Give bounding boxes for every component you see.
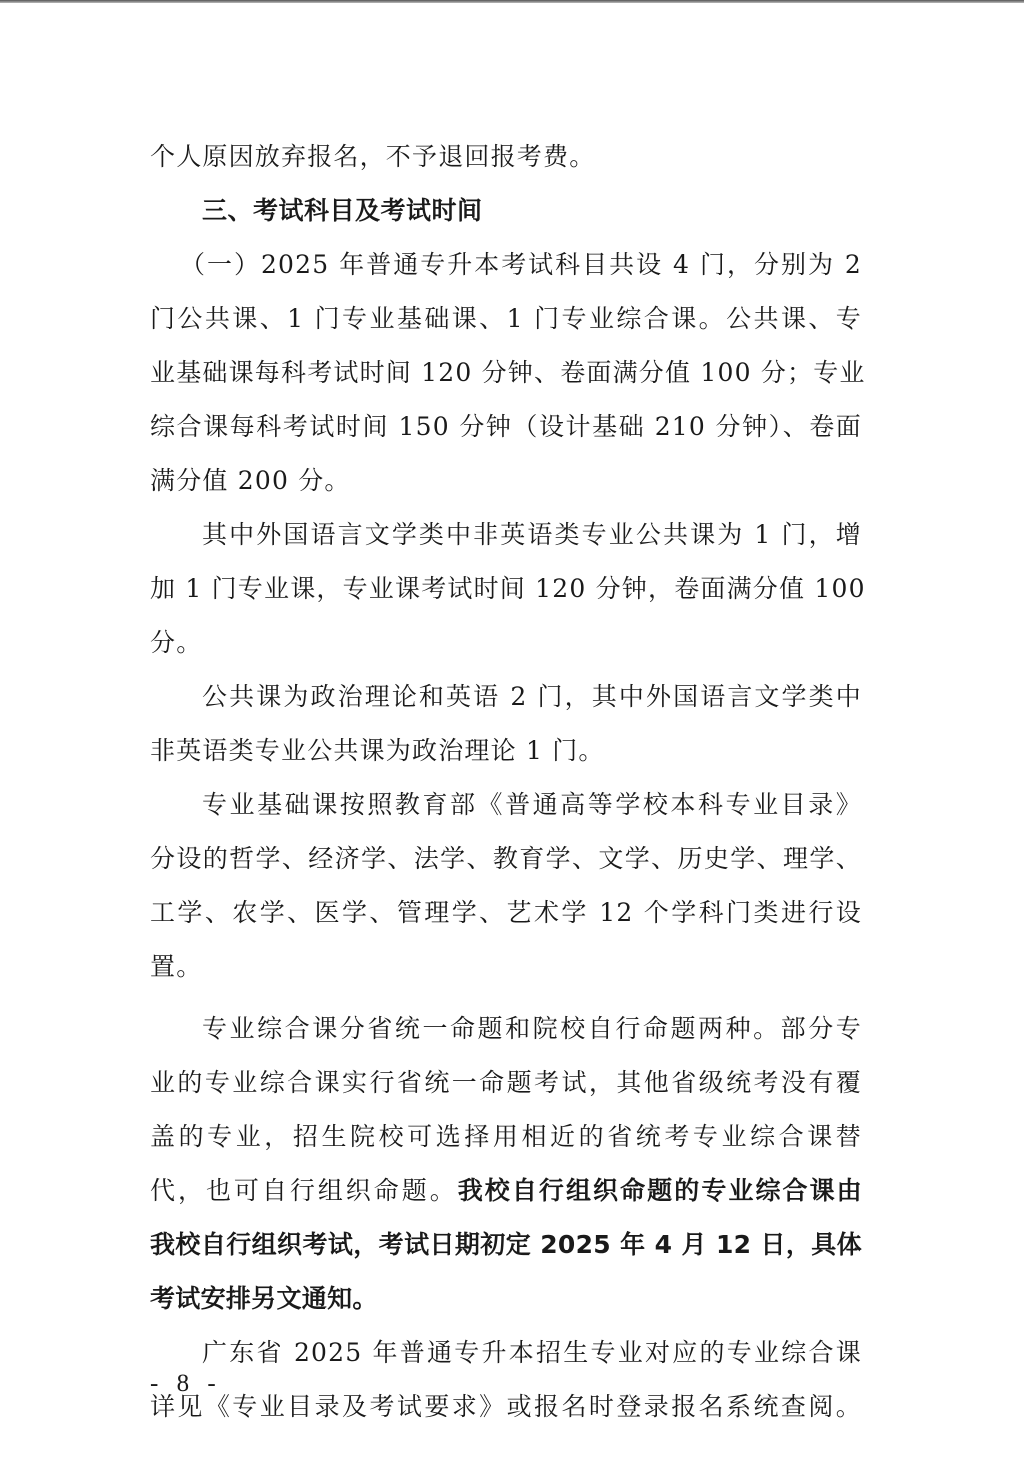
paragraph-line: 分。 bbox=[150, 616, 862, 670]
paragraph-line: 分设的哲学、经济学、法学、教育学、文学、历史学、理学、 bbox=[150, 832, 862, 886]
paragraph-line: 其中外国语言文学类中非英语类专业公共课为 1 门，增 bbox=[202, 508, 862, 562]
paragraph-line: 置。 bbox=[150, 940, 862, 994]
paragraph-line: 业的专业综合课实行省统一命题考试，其他省级统考没有覆 bbox=[150, 1056, 862, 1110]
paragraph-line: 满分值 200 分。 bbox=[150, 454, 862, 508]
bold-text: 我校自行组织命题的专业综合课由 bbox=[458, 1176, 862, 1205]
paragraph-line: 公共课为政治理论和英语 2 门，其中外国语言文学类中 bbox=[202, 670, 862, 724]
page-number: - 8 - bbox=[150, 1370, 222, 1398]
paragraph-line: （一）2025 年普通专升本考试科目共设 4 门，分别为 2 bbox=[180, 238, 862, 292]
paragraph-line: 门公共课、1 门专业基础课、1 门专业综合课。公共课、专 bbox=[150, 292, 862, 346]
paragraph-line: 个人原因放弃报名，不予退回报考费。 bbox=[150, 130, 862, 184]
paragraph-line: 广东省 2025 年普通专升本招生专业对应的专业综合课 bbox=[202, 1326, 862, 1380]
bold-paragraph-line: 我校自行组织考试，考试日期初定 2025 年 4 月 12 日，具体 bbox=[150, 1218, 862, 1272]
paragraph-line: 业基础课每科考试时间 120 分钟、卷面满分值 100 分；专业 bbox=[150, 346, 862, 400]
paragraph-line: 综合课每科考试时间 150 分钟（设计基础 210 分钟）、卷面 bbox=[150, 400, 862, 454]
paragraph-line: 专业基础课按照教育部《普通高等学校本科专业目录》 bbox=[202, 778, 862, 832]
section-heading: 三、考试科目及考试时间 bbox=[202, 184, 862, 238]
plain-text: 代，也可自行组织命题。 bbox=[150, 1176, 458, 1205]
paragraph-line: 专业综合课分省统一命题和院校自行命题两种。部分专 bbox=[202, 1002, 862, 1056]
paragraph-line: 详见《专业目录及考试要求》或报名时登录报名系统查阅。 bbox=[150, 1380, 862, 1434]
bold-paragraph-line: 考试安排另文通知。 bbox=[150, 1272, 862, 1326]
paragraph-line: 盖的专业，招生院校可选择用相近的省统考专业综合课替 bbox=[150, 1110, 862, 1164]
paragraph-line: 工学、农学、医学、管理学、艺术学 12 个学科门类进行设 bbox=[150, 886, 862, 940]
paragraph-line: 非英语类专业公共课为政治理论 1 门。 bbox=[150, 724, 862, 778]
paragraph-line: 加 1 门专业课，专业课考试时间 120 分钟，卷面满分值 100 bbox=[150, 562, 862, 616]
scan-top-edge bbox=[0, 0, 1024, 3]
paragraph-line-mixed: 代，也可自行组织命题。我校自行组织命题的专业综合课由 bbox=[150, 1164, 862, 1218]
